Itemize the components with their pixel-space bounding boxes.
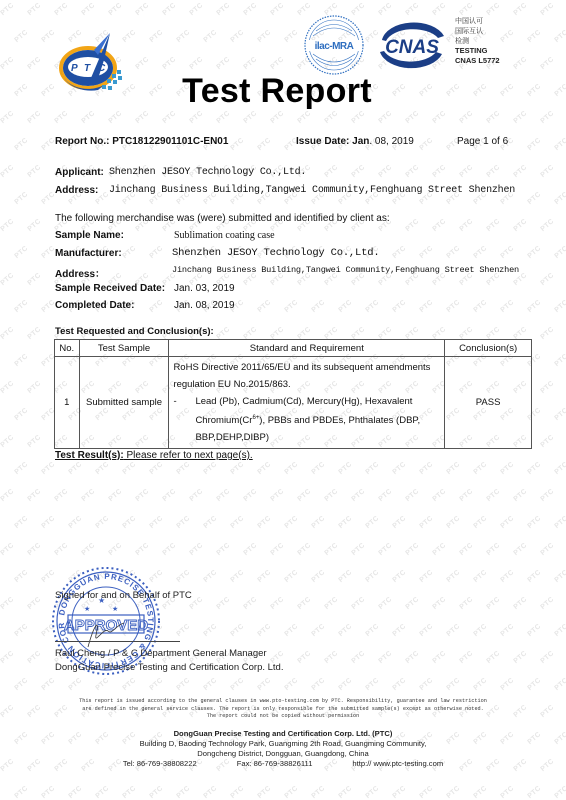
page-title: Test Report bbox=[0, 72, 560, 111]
ilac-mra-logo: ilac-MRA bbox=[303, 14, 365, 76]
col-test-sample: Test Sample bbox=[79, 340, 169, 357]
footer-website[interactable]: http:// www.ptc-testing.com bbox=[352, 759, 443, 769]
test-result: Test Result(s): Please refer to next pag… bbox=[55, 450, 253, 461]
accreditation-cn-1: 中国认可 bbox=[455, 16, 500, 26]
received-date-label: Sample Received Date: bbox=[55, 283, 165, 294]
tests-heading: Test Requested and Conclusion(s): bbox=[55, 326, 214, 337]
accreditation-cn-3: 检测 bbox=[455, 36, 500, 46]
tests-table: No. Test Sample Standard and Requirement… bbox=[54, 339, 532, 449]
sample-name-value: Sublimation coating case bbox=[174, 230, 275, 241]
footer-contact: Tel: 86-769-38808222 Fax: 86-769-3882611… bbox=[0, 759, 566, 769]
accreditation-text: 中国认可 国际互认 检测 TESTING CNAS L5772 bbox=[455, 16, 500, 66]
footer-tel: Tel: 86-769-38808222 bbox=[123, 759, 197, 769]
table-row: 1 Submitted sample RoHS Directive 2011/6… bbox=[55, 357, 532, 449]
applicant-label: Applicant: bbox=[55, 167, 104, 178]
report-number: Report No.: PTC18122901101C-EN01 bbox=[55, 136, 228, 147]
sample-name-label: Sample Name: bbox=[55, 230, 124, 241]
footer-address-2: Dongcheng District, Dongguan, Guangdong,… bbox=[0, 749, 566, 759]
row-sample: Submitted sample bbox=[79, 357, 169, 449]
manufacturer-address-label: Address： bbox=[55, 265, 105, 280]
svg-text:★: ★ bbox=[84, 605, 90, 613]
disclaimer: This report is issued according to the g… bbox=[0, 698, 566, 721]
sample-intro: The following merchandise was (were) sub… bbox=[55, 213, 390, 224]
svg-text:CNAS: CNAS bbox=[385, 37, 439, 58]
svg-text:★: ★ bbox=[112, 605, 118, 613]
accreditation-number: CNAS L5772 bbox=[455, 56, 500, 66]
address-label: Address: bbox=[55, 185, 98, 196]
signed-for: Signed for and on Behalf of PTC bbox=[55, 590, 192, 601]
signature-line bbox=[55, 641, 180, 642]
manufacturer-value: Shenzhen JESOY Technology Co.,Ltd. bbox=[172, 247, 379, 259]
signer-company: DongGuan Precise Testing and Certificati… bbox=[55, 662, 283, 673]
col-no: No. bbox=[55, 340, 80, 357]
svg-text:ilac-MRA: ilac-MRA bbox=[315, 41, 354, 52]
col-conclusion: Conclusion(s) bbox=[445, 340, 532, 357]
approved-stamp: DONGGUAN PRECISE TESTING & CERTIFICATION… bbox=[50, 565, 162, 677]
manufacturer-address-value: Jinchang Business Building,Tangwei Commu… bbox=[172, 265, 519, 275]
completed-date-value: Jan. 08, 2019 bbox=[174, 300, 235, 311]
standard-intro: RoHS Directive 2011/65/EU and its subseq… bbox=[173, 359, 440, 393]
signer: Raul Cheng / P & C Department General Ma… bbox=[55, 648, 267, 659]
accreditation-cn-2: 国际互认 bbox=[455, 26, 500, 36]
address-value: Jinchang Business Building,Tangwei Commu… bbox=[109, 185, 515, 196]
page-number: Page 1 of 6 bbox=[457, 136, 508, 147]
footer-address-1: Building D, Baoding Technology Park, Gua… bbox=[0, 739, 566, 749]
report-number-value: PTC18122901101C-EN01 bbox=[112, 136, 228, 147]
row-standard: RoHS Directive 2011/65/EU and its subseq… bbox=[169, 357, 445, 449]
tests-table-header: No. Test Sample Standard and Requirement… bbox=[55, 340, 532, 357]
manufacturer-label: Manufacturer: bbox=[55, 248, 122, 259]
footer-fax: Fax: 86-769-38826111 bbox=[237, 759, 313, 769]
standard-item: - Lead (Pb), Cadmium(Cd), Mercury(Hg), H… bbox=[173, 393, 440, 446]
applicant-value: Shenzhen JESOY Technology Co.,Ltd. bbox=[109, 167, 306, 178]
footer-company-name: DongGuan Precise Testing and Certificati… bbox=[174, 729, 393, 738]
issue-date: Issue Date: Jan. 08, 2019 bbox=[296, 136, 414, 147]
row-no: 1 bbox=[55, 357, 80, 449]
footer-company: DongGuan Precise Testing and Certificati… bbox=[0, 729, 566, 769]
accreditation-testing: TESTING bbox=[455, 46, 500, 56]
col-standard: Standard and Requirement bbox=[169, 340, 445, 357]
cnas-logo: CNAS bbox=[372, 20, 452, 70]
completed-date-label: Completed Date: bbox=[55, 300, 134, 311]
row-conclusion: PASS bbox=[445, 357, 532, 449]
svg-text:APPROVED: APPROVED bbox=[64, 617, 148, 634]
received-date-value: Jan. 03, 2019 bbox=[174, 283, 235, 294]
